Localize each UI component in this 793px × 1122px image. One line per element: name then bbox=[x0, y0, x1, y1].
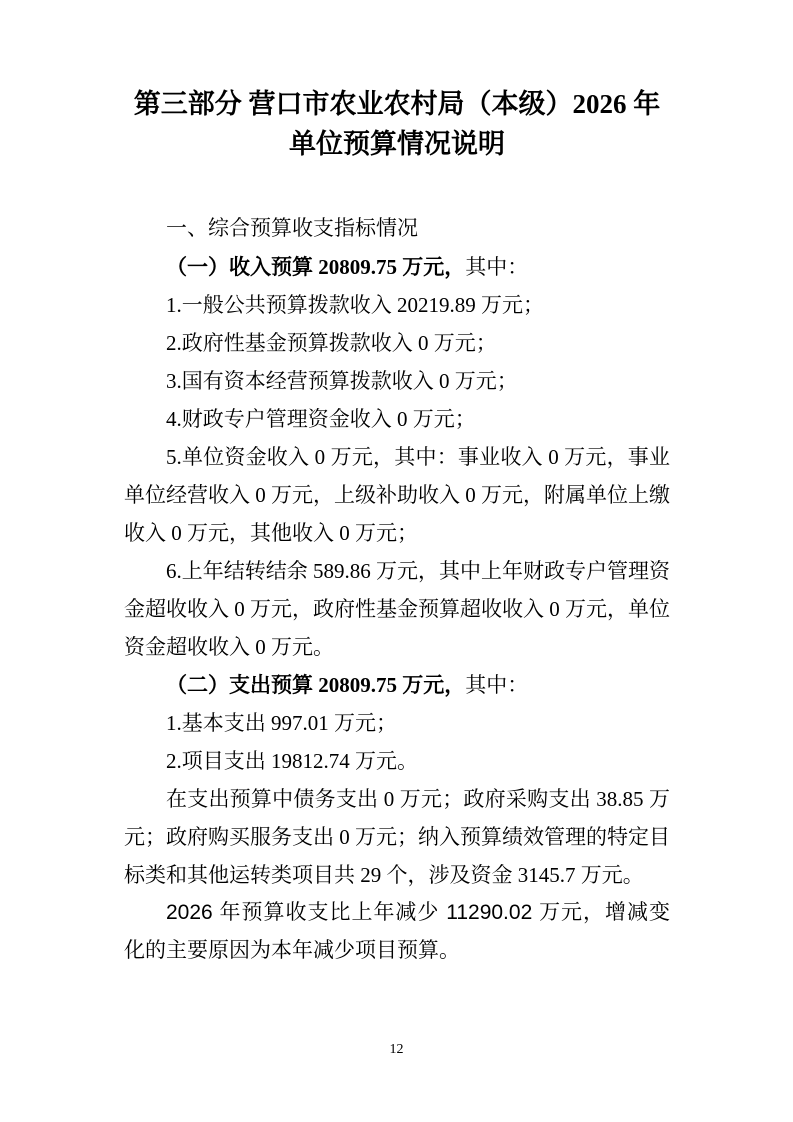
document-title: 第三部分 营口市农业农村局（本级）2026 年单位预算情况说明 bbox=[124, 84, 670, 164]
income-budget-line: （一）收入预算 20809.75 万元，其中： bbox=[124, 248, 670, 286]
expenditure-item-project: 2.项目支出 19812.74 万元。 bbox=[124, 742, 670, 780]
income-item-carryover-balance: 6.上年结转结余 589.86 万元，其中上年财政专户管理资金超收收入 0 万元… bbox=[124, 552, 670, 666]
income-item-unit-funds: 5.单位资金收入 0 万元，其中：事业收入 0 万元，事业单位经营收入 0 万元… bbox=[124, 438, 670, 552]
year-over-year-change-note: 2026 年预算收支比上年减少 11290.02 万元，增减变化的主要原因为本年… bbox=[124, 894, 670, 970]
expenditure-budget-line: （二）支出预算 20809.75 万元，其中： bbox=[124, 666, 670, 704]
income-item-general-public-budget: 1.一般公共预算拨款收入 20219.89 万元； bbox=[124, 286, 670, 324]
income-budget-lead-rest: 其中： bbox=[465, 255, 528, 279]
income-item-fiscal-special-account: 4.财政专户管理资金收入 0 万元； bbox=[124, 400, 670, 438]
income-item-government-fund: 2.政府性基金预算拨款收入 0 万元； bbox=[124, 324, 670, 362]
page-number: 12 bbox=[0, 1040, 793, 1060]
expenditure-budget-amount-lead: （二）支出预算 20809.75 万元， bbox=[166, 673, 465, 697]
income-budget-amount-lead: （一）收入预算 20809.75 万元， bbox=[166, 255, 465, 279]
income-item-state-capital: 3.国有资本经营预算拨款收入 0 万元； bbox=[124, 362, 670, 400]
document-page: 第三部分 营口市农业农村局（本级）2026 年单位预算情况说明 一、综合预算收支… bbox=[0, 0, 793, 1122]
expenditure-item-basic: 1.基本支出 997.01 万元； bbox=[124, 704, 670, 742]
section-heading-comprehensive-budget: 一、综合预算收支指标情况 bbox=[124, 210, 670, 248]
expenditure-budget-lead-rest: 其中： bbox=[465, 673, 528, 697]
spending-detail-paragraph: 在支出预算中债务支出 0 万元；政府采购支出 38.85 万元；政府购买服务支出… bbox=[124, 780, 670, 894]
